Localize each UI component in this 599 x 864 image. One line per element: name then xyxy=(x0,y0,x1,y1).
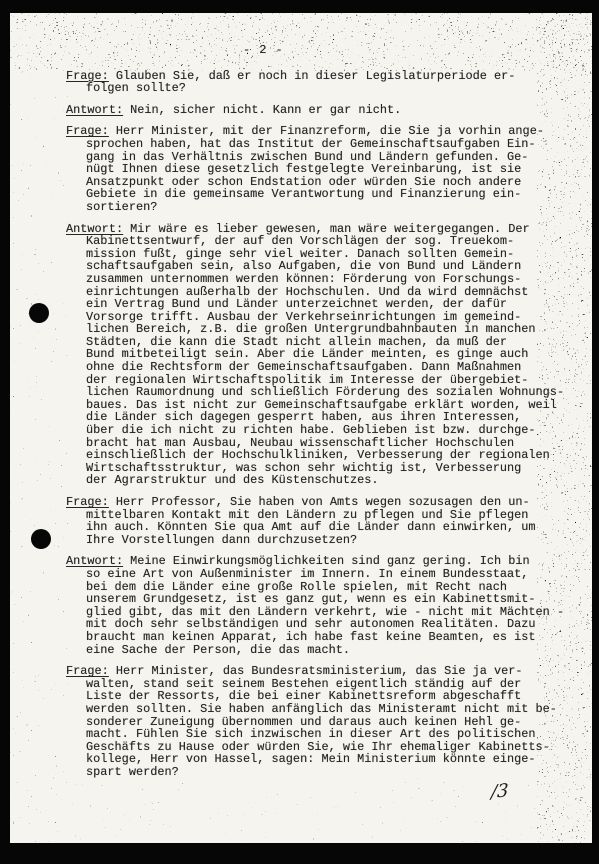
answer-paragraph-3: Antwort:Meine Einwirkungsmöglichkeiten s… xyxy=(66,555,576,656)
page-number: - 2 - xyxy=(243,44,576,57)
scan-background: - 2 - Frage:Glauben Sie, daß er noch in … xyxy=(0,0,599,864)
question-text: Herr Minister, mit der Finanzreform, die… xyxy=(86,124,544,214)
question-paragraph-3: Frage:Herr Professor, Sie haben von Amts… xyxy=(66,496,576,546)
hole-punch-top xyxy=(29,303,49,323)
answer-text: Mir wäre es lieber gewesen, man wäre wei… xyxy=(86,222,564,488)
question-paragraph-1: Frage:Glauben Sie, daß er noch in dieser… xyxy=(66,70,576,95)
answer-text: Meine Einwirkungsmöglichkeiten sind ganz… xyxy=(86,554,564,656)
question-text: Herr Minister, das Bundesratsministerium… xyxy=(86,664,557,779)
answer-paragraph-1: Antwort:Nein, sicher nicht. Kann er gar … xyxy=(66,104,576,117)
handwritten-page-mark: /3 xyxy=(491,780,509,803)
question-paragraph-2: Frage:Herr Minister, mit der Finanzrefor… xyxy=(66,125,576,213)
question-paragraph-4: Frage:Herr Minister, das Bundesratsminis… xyxy=(66,665,576,778)
hole-punch-bottom xyxy=(31,529,51,549)
typewritten-content: - 2 - Frage:Glauben Sie, daß er noch in … xyxy=(66,44,576,787)
question-text: Glauben Sie, daß er noch in dieser Legis… xyxy=(86,69,515,96)
answer-text: Nein, sicher nicht. Kann er gar nicht. xyxy=(130,103,401,117)
question-text: Herr Professor, Sie haben von Amts wegen… xyxy=(86,495,536,547)
answer-paragraph-2: Antwort:Mir wäre es lieber gewesen, man … xyxy=(66,223,576,487)
answer-label: Antwort: xyxy=(66,103,123,117)
document-page: - 2 - Frage:Glauben Sie, daß er noch in … xyxy=(10,13,592,843)
